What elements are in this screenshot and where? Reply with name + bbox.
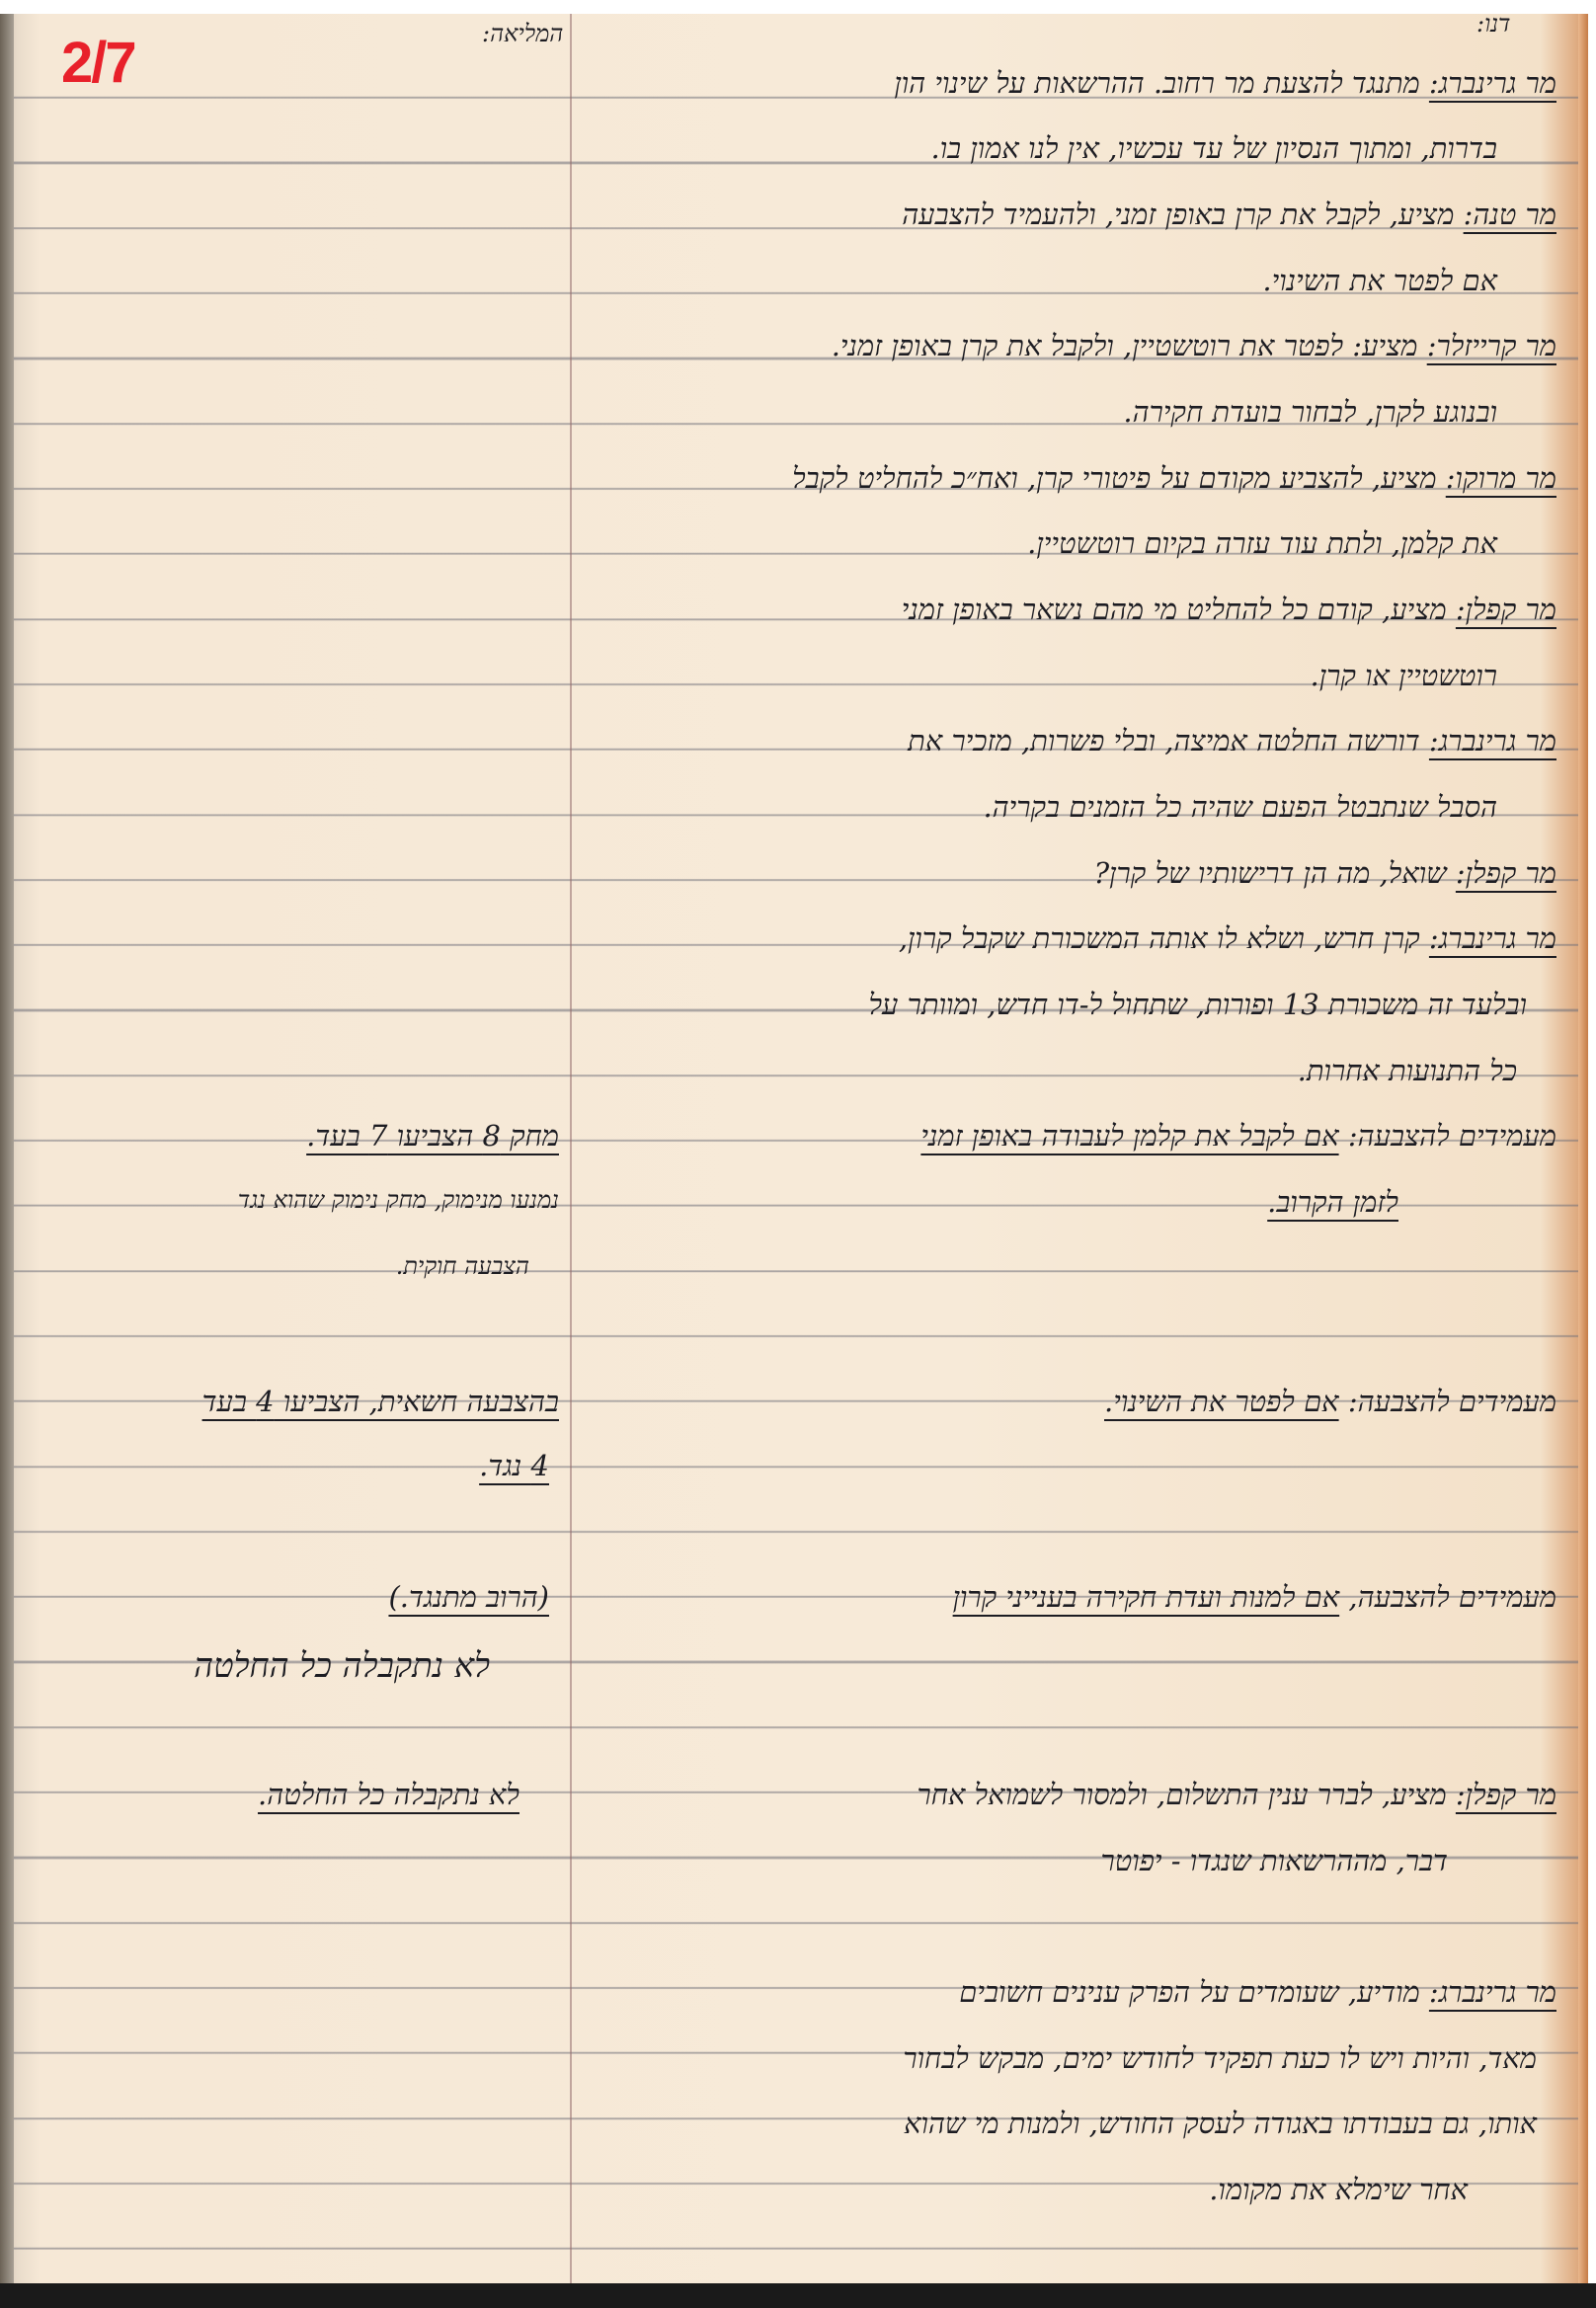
entry-line-18: דבר, מההרשאות שנגדו - יפוטר — [1101, 1847, 1448, 1875]
page-number-label: 2/7 — [61, 30, 135, 96]
entry-line-15: ובלעד זה משכורת 13 ופורות, שתחול ל-דו חד… — [868, 991, 1527, 1019]
entry-line-4: אם לפטר את השינוי. — [1262, 267, 1497, 295]
entry-line-10: רוטשטיין או קרן. — [1311, 662, 1497, 690]
entry-line-22: אחר שימלא את מקומו. — [1209, 2176, 1468, 2204]
entry-line-20: מאד, והיות ויש לו כעת תפקיד לחודש ימים, … — [903, 2044, 1537, 2073]
entry-line-11: מר גרינברג: דורשה החלטה אמיצה, ובלי פשרו… — [908, 727, 1556, 756]
vote-line-3: מעמידים להצבעה, אם למנות ועדת חקירה בעני… — [953, 1583, 1556, 1612]
margin-vote-result-1: מחק 8 הצביעו 7 בעד. — [306, 1122, 559, 1151]
margin-no-decision-2: לא נתקבלה כל החלטה. — [258, 1781, 519, 1809]
scan-border — [0, 2283, 1596, 2308]
margin-vote-result-2: בהצבעה חשאית, הצביעו 4 בעד — [202, 1388, 559, 1416]
entry-line-7: מר מרוקו: מציע, להצביע מקודם על פיטורי ק… — [792, 464, 1556, 493]
header-plenum: המליאה: — [482, 22, 563, 45]
entry-line-19: מר גרינברג: מודיע, שעומדים על הפרק עניני… — [959, 1978, 1556, 2007]
entry-line-8: את קלמן, ולתת עוד עזרה בקיום רוטשטיין. — [1027, 529, 1497, 558]
margin-no-decision: לא נתקבלה כל החלטה — [194, 1649, 490, 1683]
speaker: מר גרינברג: — [1429, 66, 1556, 100]
margin-rule — [570, 14, 572, 2285]
entry-line-21: אותו, גם בעבודתו באגודה לעסק החודש, ולמנ… — [904, 2109, 1537, 2138]
entry-line-13: מר קפלן: שואל, מה הן דרישותיו של קרן? — [1094, 859, 1556, 888]
margin-note-1: נמנעו מנימוק, מחק נימוק שהוא נגד — [238, 1188, 559, 1212]
margin-note-2: הצבעה חוקית. — [396, 1254, 529, 1278]
page-binding — [0, 14, 14, 2285]
vote-line-1: מעמידים להצבעה: אם לקבל את קלמן לעבודה ב… — [920, 1122, 1556, 1151]
entry-line-17: מר קפלן: מציע, לברר ענין התשלום, ולמסור … — [918, 1781, 1556, 1809]
entry-line-5: מר קרייזלר: מציע: לפטר את רוטשטיין, ולקב… — [832, 332, 1556, 360]
vote-line-2: מעמידים להצבעה: אם לפטר את השינוי. — [1104, 1388, 1556, 1416]
margin-vote-result-3: (הרוב מתנגד.) — [388, 1583, 549, 1612]
header-discussed: דנו: — [1476, 12, 1510, 36]
entry-line-1: מר גרינברג: מתנגד להצעת מר רחוב. ההרשאות… — [894, 69, 1556, 98]
entry-line-6: ובנוגע לקרן, לבחור בועדת חקירה. — [1123, 398, 1497, 427]
entry-line-9: מר קפלן: מציע, קודם כל להחליט מי מהם נשא… — [902, 596, 1556, 624]
entry-line-14: מר גרינברג: קרן חרש, ושלא לו אותה המשכור… — [899, 924, 1556, 953]
entry-line-2: בדרות, ומתוך הנסיון של עד עכשיו, אין לנו… — [931, 134, 1497, 163]
entry-line-3: מר טנה: מציע, לקבל את קרן באופן זמני, ול… — [902, 200, 1556, 229]
page-edge — [1578, 14, 1588, 2285]
vote-line-1-cont: לזמן הקרוב. — [1267, 1188, 1398, 1217]
entry-line-12: הסבל שנתבטל הפעם שהיה כל הזמנים בקריה. — [983, 793, 1497, 822]
margin-vote-result-2b: 4 נגד. — [479, 1452, 549, 1480]
entry-line-16: כל התנועות אחרות. — [1298, 1057, 1517, 1085]
